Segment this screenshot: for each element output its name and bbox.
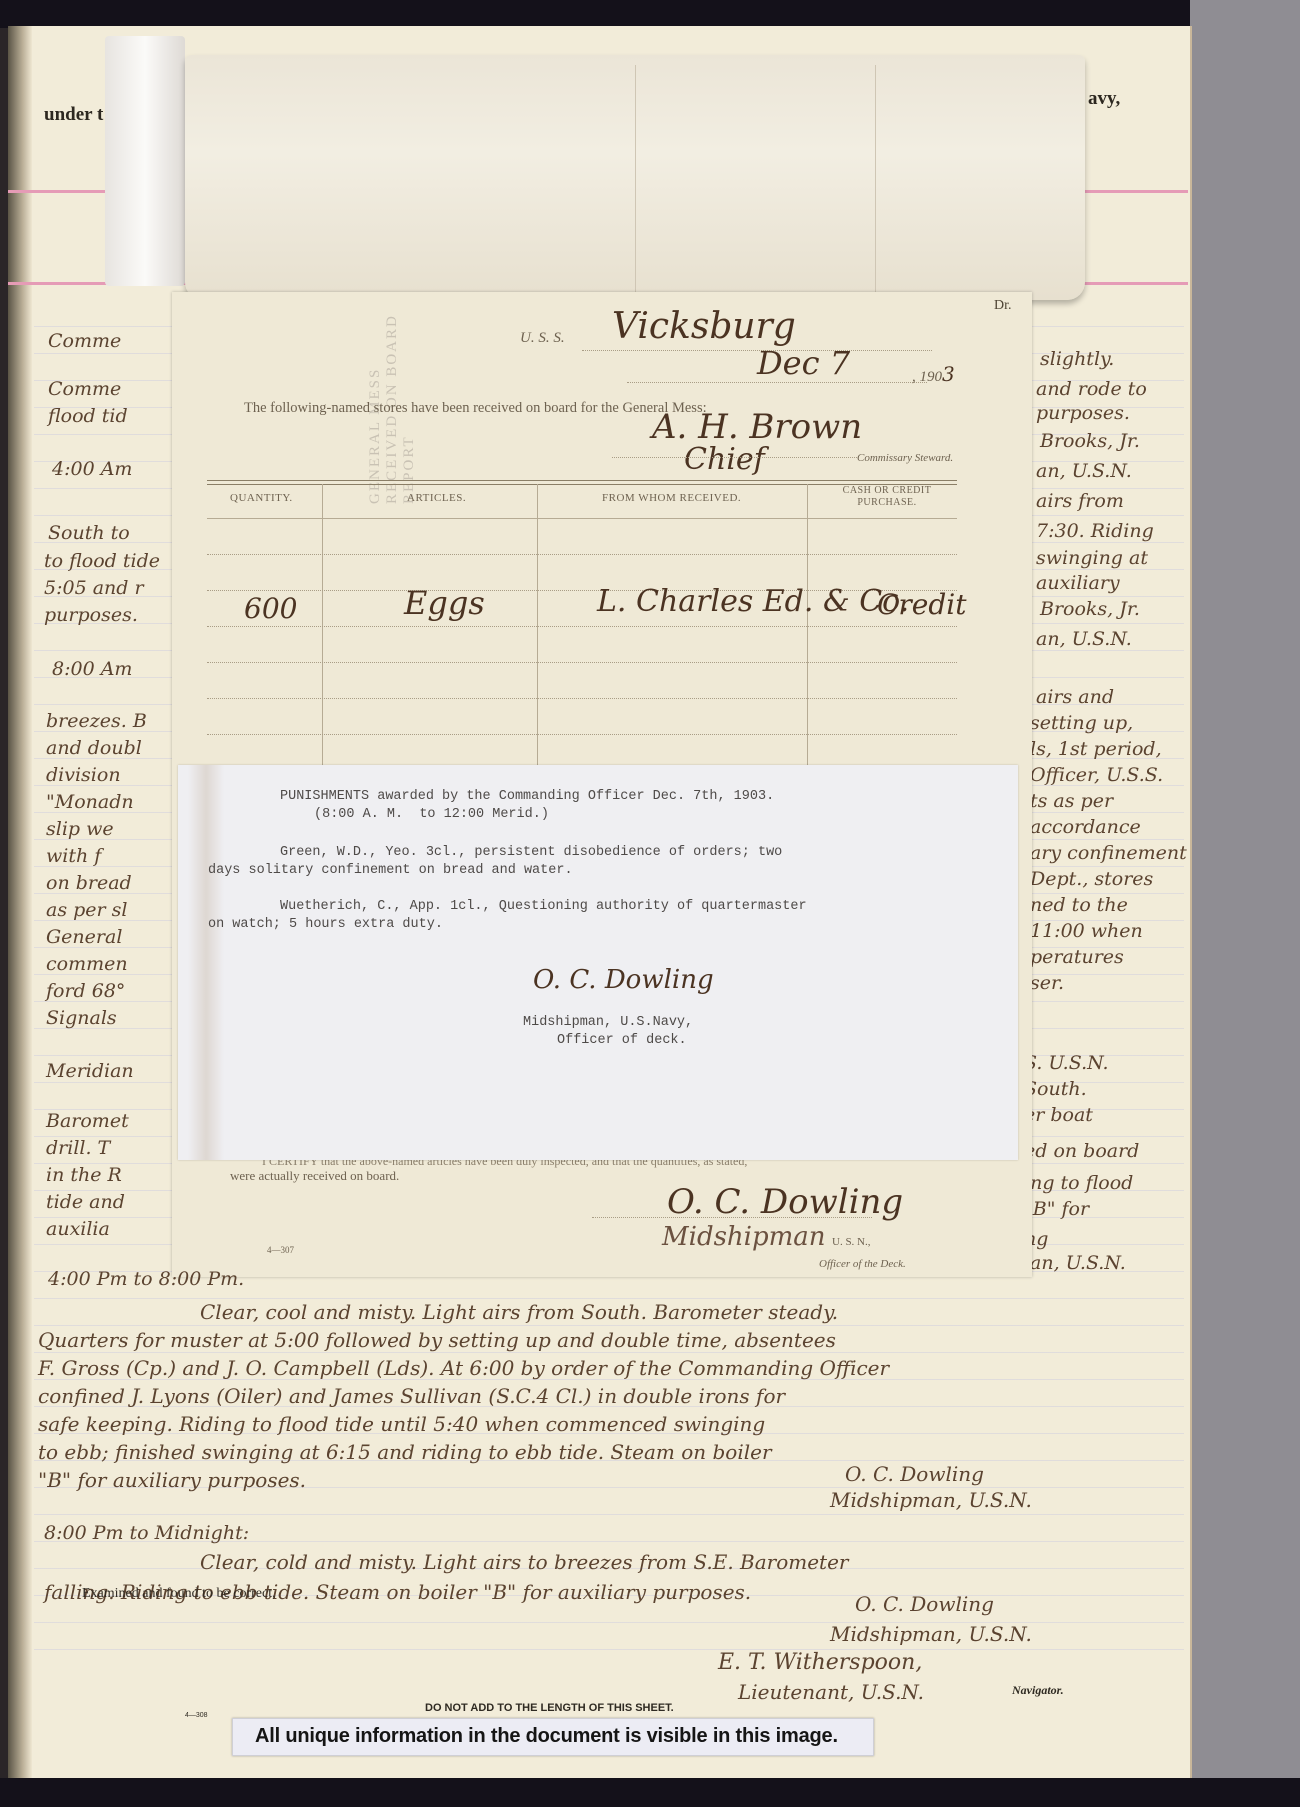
year-prefix: , 190	[912, 369, 942, 385]
slip-signature: O. C. Dowling	[533, 965, 714, 995]
margin-fragment: to flood tide	[44, 550, 160, 572]
margin-fragment: ford 68°	[46, 980, 125, 1002]
ship-label: U. S. S.	[520, 330, 565, 347]
margin-fragment: ary confinement	[1030, 842, 1187, 864]
margin-fragment: ls, 1st period,	[1030, 738, 1162, 760]
margin-fragment: "B" for	[1024, 1198, 1089, 1220]
ship-name: Vicksburg	[612, 306, 796, 347]
navigator-signature: E. T. Witherspoon,	[718, 1650, 922, 1675]
receipt-officer-rank: Midshipman	[662, 1222, 826, 1252]
cell-from: L. Charles Ed. & Co.	[597, 584, 909, 619]
signature-line	[612, 457, 857, 458]
punishment-slip: PUNISHMENTS awarded by the Commanding Of…	[178, 765, 1018, 1160]
table-rule	[207, 518, 957, 519]
watch-signature-title: Midshipman, U.S.N.	[830, 1622, 1032, 1646]
cell-article: Eggs	[404, 584, 485, 622]
rolled-paper	[185, 55, 1085, 300]
year-digit: 3	[942, 362, 955, 386]
margin-fragment: Baromet	[46, 1110, 129, 1132]
roll-seam	[875, 65, 876, 295]
column-header-quantity: QUANTITY.	[230, 492, 293, 504]
margin-fragment: swinging at	[1036, 547, 1148, 569]
punishment-entry-line: on watch; 5 hours extra duty.	[208, 917, 443, 932]
margin-fragment: an, U.S.N.	[1036, 628, 1132, 650]
margin-fragment: Brooks, Jr.	[1040, 430, 1140, 452]
margin-fragment: Officer, U.S.S.	[1030, 764, 1163, 786]
punishment-period: (8:00 A. M. to 12:00 Merid.)	[314, 807, 549, 822]
adhesive-stain	[188, 765, 224, 1160]
punishment-entry-line: Wuetherich, C., App. 1cl., Questioning a…	[280, 899, 807, 914]
margin-fragment: slightly.	[1040, 348, 1114, 370]
margin-fragment: er boat	[1024, 1104, 1093, 1126]
commissary-note: Chief	[684, 442, 765, 477]
certify-text-line2: were actually received on board.	[230, 1168, 399, 1184]
margin-fragment: Signals	[46, 1007, 117, 1029]
punishment-entry-line: days solitary confinement on bread and w…	[208, 863, 573, 878]
margin-fragment: in the R	[46, 1164, 122, 1186]
scan-bottom-edge	[0, 1778, 1300, 1807]
margin-fragment: ed on board	[1024, 1140, 1139, 1162]
margin-fragment: ned to the	[1030, 894, 1128, 916]
navigator-label: Navigator.	[1012, 1683, 1064, 1698]
log-line: Clear, cold and misty. Light airs to bre…	[200, 1550, 849, 1574]
margin-fragment: flood tid	[48, 405, 128, 427]
margin-fragment: and doubl	[46, 737, 142, 759]
commissary-title: Commissary Steward.	[857, 452, 953, 464]
row-line	[207, 698, 957, 699]
watch-signature-title: Midshipman, U.S.N.	[830, 1488, 1032, 1512]
row-line	[207, 554, 957, 555]
roll-seam	[635, 65, 636, 295]
margin-fragment: commen	[46, 953, 128, 975]
margin-fragment: ts as per	[1030, 790, 1113, 812]
slip-signer-rank: Midshipman, U.S.Navy,	[523, 1015, 693, 1030]
receipt-date: Dec 7	[757, 344, 850, 382]
cell-quantity: 600	[244, 592, 297, 625]
watch-heading-4-8pm: 4:00 Pm to 8:00 Pm.	[48, 1268, 244, 1290]
margin-fragment: drill. T	[46, 1137, 110, 1159]
margin-fragment: breezes. B	[46, 710, 147, 732]
cloth-weight	[105, 36, 185, 286]
margin-fragment: slip we	[46, 818, 114, 840]
margin-fragment: 8:00 Am	[52, 658, 132, 680]
margin-fragment: S. U.S.N.	[1024, 1052, 1109, 1074]
margin-fragment: purposes.	[1036, 402, 1130, 424]
margin-fragment: with f	[46, 845, 101, 867]
logbook-header-left: under t	[44, 104, 103, 126]
margin-fragment: auxiliary	[1036, 572, 1120, 594]
margin-fragment: peratures	[1030, 946, 1124, 968]
logbook-header-right: avy,	[1088, 88, 1120, 110]
log-line: safe keeping. Riding to flood tide until…	[38, 1412, 765, 1436]
archive-note-label: All unique information in the document i…	[232, 1718, 874, 1756]
margin-fragment: tide and	[46, 1191, 125, 1213]
margin-fragment: South to	[48, 522, 130, 544]
receipt-dr-label: Dr.	[994, 298, 1012, 314]
margin-fragment: airs from	[1036, 490, 1124, 512]
receipt-officer-service: U. S. N.,	[832, 1236, 871, 1248]
examined-label: Examined and found to be correct,	[82, 1586, 276, 1602]
watch-heading-8pm-midnight: 8:00 Pm to Midnight:	[44, 1522, 249, 1544]
margin-fragment: Dept., stores	[1030, 868, 1153, 890]
column-header-from: FROM WHOM RECEIVED.	[602, 492, 741, 504]
table-rule	[207, 480, 957, 481]
log-line: "B" for auxiliary purposes.	[38, 1468, 306, 1492]
margin-fragment: division	[46, 764, 121, 786]
receipt-year: , 1903	[912, 362, 955, 386]
row-line	[207, 734, 957, 735]
margin-fragment: auxilia	[46, 1218, 110, 1240]
margin-fragment: 7:30. Riding	[1036, 520, 1154, 542]
punishment-title: PUNISHMENTS awarded by the Commanding Of…	[280, 789, 774, 804]
scan-top-edge	[0, 0, 1300, 28]
log-line: confined J. Lyons (Oiler) and James Sull…	[38, 1384, 785, 1408]
margin-fragment: South.	[1024, 1078, 1087, 1100]
margin-fragment: ser.	[1030, 972, 1064, 994]
margin-fragment: "Monadn	[46, 791, 134, 813]
punishment-entry-line: Green, W.D., Yeo. 3cl., persistent disob…	[280, 845, 782, 860]
row-line	[207, 662, 957, 663]
margin-fragment: General	[46, 926, 122, 948]
commissary-signature: A. H. Brown	[652, 407, 862, 447]
margin-fragment: ing to flood	[1024, 1172, 1133, 1194]
margin-fragment: on bread	[46, 872, 132, 894]
date-line	[627, 382, 927, 383]
logbook-form-number: 4—308	[185, 1712, 208, 1719]
watch-signature: O. C. Dowling	[845, 1462, 984, 1486]
archive-note-text: All unique information in the document i…	[255, 1725, 838, 1748]
navigator-rank: Lieutenant, U.S.N.	[738, 1680, 924, 1704]
column-header-purchase: CASH OR CREDIT PURCHASE.	[817, 485, 957, 509]
margin-fragment: Comme	[48, 378, 121, 400]
log-line: Quarters for muster at 5:00 followed by …	[38, 1328, 836, 1352]
margin-fragment: Brooks, Jr.	[1040, 598, 1140, 620]
margin-fragment: purposes.	[44, 604, 138, 626]
margin-fragment: setting up,	[1030, 712, 1133, 734]
margin-fragment: airs and	[1036, 686, 1114, 708]
margin-fragment: and rode to	[1036, 378, 1147, 400]
margin-fragment: Comme	[48, 330, 121, 352]
margin-fragment: an, U.S.N.	[1036, 460, 1132, 482]
watch-signature: O. C. Dowling	[855, 1592, 994, 1616]
margin-fragment: 11:00 when	[1030, 920, 1143, 942]
column-header-articles: ARTICLES.	[407, 492, 466, 504]
margin-fragment: Meridian	[46, 1060, 134, 1082]
cell-purchase: Credit	[877, 588, 967, 621]
margin-fragment: as per sl	[46, 899, 127, 921]
log-line: Clear, cool and misty. Light airs from S…	[200, 1300, 838, 1324]
receipt-form-number: 4—307	[267, 1245, 294, 1255]
log-line: F. Gross (Cp.) and J. O. Campbell (Lds).…	[38, 1356, 889, 1380]
log-line: to ebb; finished swinging at 6:15 and ri…	[38, 1440, 772, 1464]
receipt-officer-title: Officer of the Deck.	[819, 1258, 906, 1270]
margin-fragment: accordance	[1030, 816, 1141, 838]
margin-fragment: 4:00 Am	[52, 458, 132, 480]
receipt-officer-signature: O. C. Dowling	[667, 1182, 903, 1222]
receipt-intro: The following-named stores have been rec…	[244, 400, 707, 417]
margin-fragment: 5:05 and r	[44, 577, 144, 599]
scan-right-margin	[1190, 0, 1300, 1807]
slip-signer-title: Officer of deck.	[557, 1033, 687, 1048]
margin-fragment: an, U.S.N.	[1030, 1252, 1126, 1274]
footer-notice: DO NOT ADD TO THE LENGTH OF THIS SHEET.	[425, 1702, 674, 1714]
row-line	[207, 626, 957, 627]
book-spine	[8, 26, 32, 1778]
